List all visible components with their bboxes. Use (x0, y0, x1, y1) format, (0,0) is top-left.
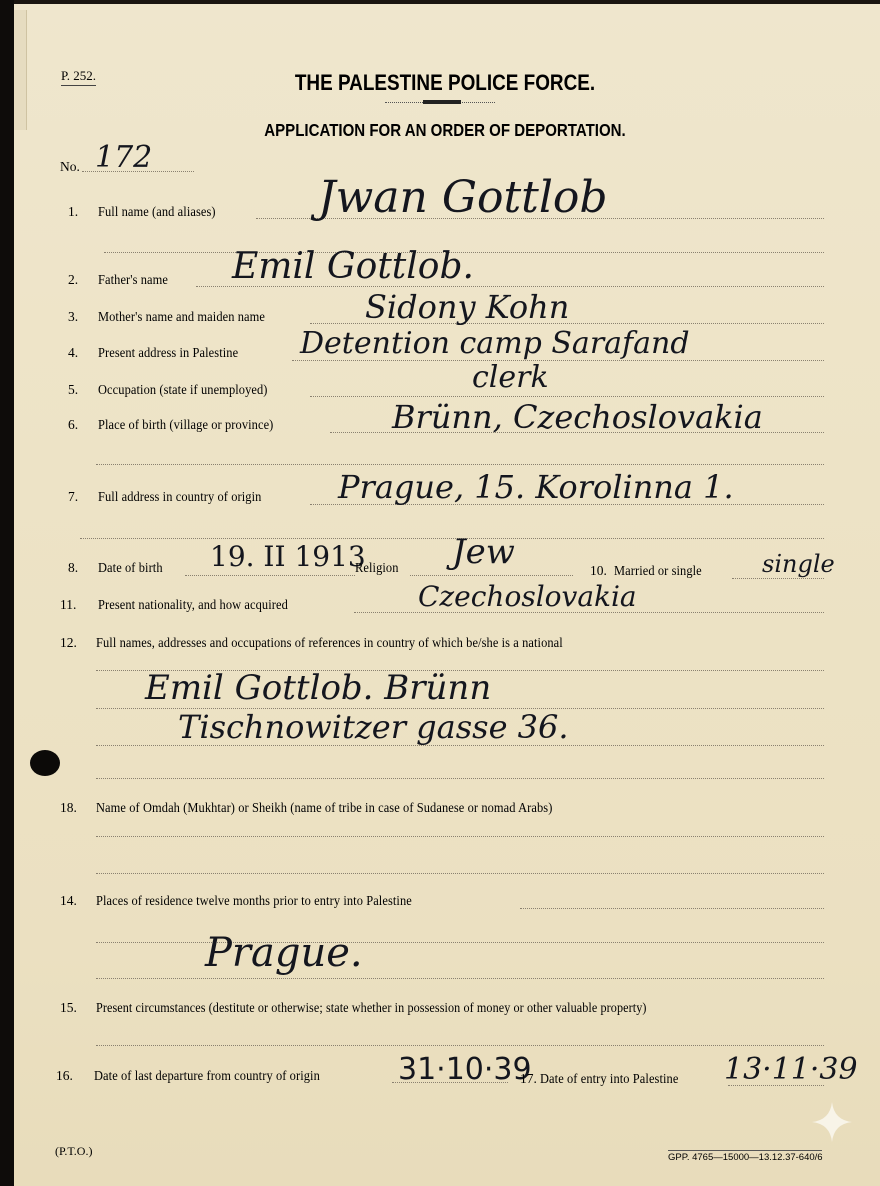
field-11-label: Present nationality, and how acquired (98, 597, 288, 613)
field-15-label: Present circumstances (destitute or othe… (96, 1000, 647, 1016)
field-9-dots (410, 575, 573, 576)
field-12-num: 12. (60, 635, 77, 651)
field-3-num: 3. (68, 309, 78, 325)
field-10-label: Married or single (614, 563, 702, 579)
field-10-dots (732, 578, 824, 579)
field-12-value-line2[interactable]: Tischnowitzer gasse 36. (178, 708, 569, 746)
field-16-label: Date of last departure from country of o… (94, 1068, 320, 1084)
field-17-label: Date of entry into Palestine (540, 1071, 678, 1087)
field-5-dots (310, 396, 824, 397)
field-1-label: Full name (and aliases) (98, 204, 216, 220)
field-2-num: 2. (68, 272, 78, 288)
field-4-num: 4. (68, 345, 78, 361)
field-2-value[interactable]: Emil Gottlob. (232, 246, 474, 287)
title-rule-bar (423, 100, 461, 104)
field-9-label: Religion (355, 560, 399, 576)
field-14-num: 14. (60, 893, 77, 909)
field-4-value[interactable]: Detention camp Sarafand (300, 326, 690, 361)
field-16-value[interactable]: 31·10·39 (398, 1052, 532, 1087)
field-7-num: 7. (68, 489, 78, 505)
field-18-dots-1 (96, 836, 824, 837)
field-10-num: 10. (590, 563, 607, 579)
paper-fold (14, 10, 27, 130)
field-17-value[interactable]: 13·11·39 (724, 1052, 858, 1087)
field-10-value[interactable]: single (762, 550, 835, 578)
field-18-label: Name of Omdah (Mukhtar) or Sheikh (name … (96, 800, 552, 816)
field-9-value[interactable]: Jew (452, 532, 515, 572)
field-1-value[interactable]: Jwan Gottlob (318, 172, 608, 223)
page-subtitle: APPLICATION FOR AN ORDER OF DEPORTATION. (234, 120, 655, 141)
punch-hole (30, 750, 60, 776)
field-11-num: 11. (60, 597, 76, 613)
field-5-num: 5. (68, 382, 78, 398)
field-16-num: 16. (56, 1068, 73, 1084)
field-18-num: 18. (60, 800, 77, 816)
field-4-label: Present address in Palestine (98, 345, 238, 361)
field-15-dots (96, 1045, 824, 1046)
field-2-label: Father's name (98, 272, 168, 288)
field-14-label: Places of residence twelve months prior … (96, 893, 412, 909)
print-code: GPP. 4765—15000—13.12.37-640/6 (668, 1150, 822, 1163)
field-14-value[interactable]: Prague. (205, 930, 363, 976)
sparkle-icon (812, 1102, 852, 1142)
field-5-value[interactable]: clerk (472, 360, 549, 395)
pto-note: (P.T.O.) (55, 1144, 92, 1159)
field-11-value[interactable]: Czechoslovakia (418, 580, 637, 613)
field-6-label: Place of birth (village or province) (98, 417, 273, 433)
field-7-value[interactable]: Prague, 15. Korolinna 1. (338, 468, 734, 506)
field-8-num: 8. (68, 560, 78, 576)
field-6-num: 6. (68, 417, 78, 433)
field-8-value[interactable]: 19. II 1913 (210, 540, 366, 573)
field-12-value-line1[interactable]: Emil Gottlob. Brünn (145, 668, 491, 708)
form-number: 172 (95, 140, 152, 175)
field-18-dots-2 (96, 873, 824, 874)
field-3-value[interactable]: Sidony Kohn (365, 288, 569, 326)
field-6-dots-2 (96, 464, 824, 465)
form-code: P. 252. (61, 68, 96, 86)
field-7-label: Full address in country of origin (98, 489, 261, 505)
field-8-label: Date of birth (98, 560, 163, 576)
field-1-num: 1. (68, 204, 78, 220)
field-14-dots-3 (96, 978, 824, 979)
number-label: No. (60, 159, 80, 175)
field-12-dots-4 (96, 778, 824, 779)
field-14-dots-1 (520, 908, 824, 909)
scan-edge (0, 0, 14, 1186)
field-15-num: 15. (60, 1000, 77, 1016)
field-17-num: 17. (520, 1071, 537, 1087)
page-title: THE PALESTINE POLICE FORCE. (269, 70, 622, 96)
field-8-dots (185, 575, 355, 576)
field-3-label: Mother's name and maiden name (98, 309, 265, 325)
field-5-label: Occupation (state if unemployed) (98, 382, 268, 398)
field-6-value[interactable]: Brünn, Czechoslovakia (392, 398, 763, 436)
field-12-label: Full names, addresses and occupations of… (96, 635, 563, 651)
